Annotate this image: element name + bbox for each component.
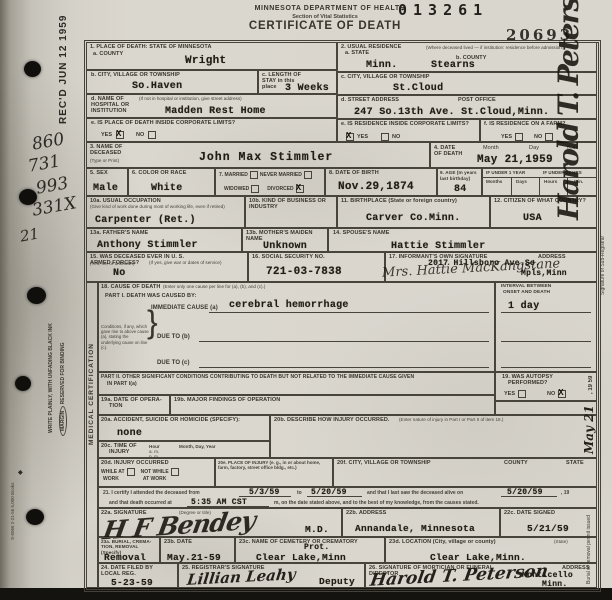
label: PART I. DEATH WAS CAUSED BY:	[105, 293, 196, 299]
field-certify-statement: 21. I certify I attended the deceased fr…	[98, 487, 597, 508]
field-registrar-signature: 25. REGISTRAR'S SIGNATURE Lillian Leahy …	[178, 563, 365, 588]
certify-text: and that I last saw the deceased alive o…	[367, 491, 463, 496]
label: 9. AGE (In years last birthday)	[440, 170, 480, 182]
checkbox-no	[381, 133, 389, 141]
label: 23b. DATE	[164, 539, 192, 545]
label: DUE TO (c)	[157, 360, 190, 366]
form-code: S-6066 2-21-56 5,000 Books	[10, 450, 15, 540]
write-line	[307, 496, 362, 497]
punch-hole	[15, 376, 31, 391]
field-color-or-race: 6. COLOR OR RACE White	[128, 168, 215, 196]
yes-label: YES	[501, 134, 512, 140]
field-date-of-operation: 19a. DATE OF OPERA- TION	[98, 395, 170, 415]
label: IN PART I(a)	[107, 381, 137, 387]
margin-word-circled: MARGIN	[59, 406, 67, 436]
field-ssn: 16. SOCIAL SECURITY NO. 721-03-7838	[248, 252, 385, 282]
field-cause-of-death: 18. CAUSE OF DEATH (Enter only one cause…	[98, 282, 495, 372]
label: 20f. CITY, VILLAGE OR TOWNSHIP	[337, 460, 431, 466]
value-date-filed: 5-23-59	[111, 577, 153, 588]
field-residence-corporate-limits: e. IS RESIDENCE INSIDE CORPORATE LIMITS?…	[337, 119, 480, 142]
label: TION	[109, 403, 123, 409]
permit-year-label: , 19 59	[588, 336, 594, 394]
value-street: 247 So.13th Ave. St.Cloud,Minn.	[354, 107, 549, 118]
field-sex: 5. SEX Male	[86, 168, 128, 196]
value-sex: Male	[93, 183, 118, 194]
divorced-label: DIVORCED	[267, 186, 293, 192]
field-time-of-injury: 20c. TIME OF INJURY Hour a. m. p. m. Mon…	[98, 441, 270, 458]
field-burial-type: 23a. BURIAL, CREMA- TION, REMOVAL (Speci…	[98, 537, 160, 563]
field-describe-injury: 20b. DESCRIBE HOW INJURY OCCURRED. (Ente…	[270, 415, 597, 458]
work-label: WORK	[103, 476, 119, 482]
value-residence-city: St.Cloud	[393, 83, 443, 94]
pencil-number-5: 21	[19, 224, 41, 245]
field-place-of-injury: 20e. PLACE OF INJURY (e. g., in or about…	[215, 458, 333, 487]
stamp-number: 013261	[398, 1, 488, 19]
write-line	[209, 312, 489, 313]
scanned-death-certificate: MINNESOTA DEPARTMENT OF HEALTH Section o…	[0, 0, 612, 600]
field-mortician-signature: 26. SIGNATURE OF MORTICIAN OR FUNERAL DI…	[365, 563, 597, 588]
pencil-number-2: 731	[27, 151, 62, 176]
field-death-corporate-limits: e. IS PLACE OF DEATH INSIDE CORPORATE LI…	[86, 118, 337, 142]
field-injury-at-work: 20d. INJURY OCCURRED WHILE AT NOT WHILE …	[98, 458, 215, 487]
value-county: Wright	[185, 56, 226, 67]
label: PERFORMED?	[508, 380, 548, 386]
brace: }	[147, 319, 158, 325]
label: 3. NAME OF DECEASED	[90, 144, 132, 156]
label-state: STATE	[566, 460, 584, 466]
no-label: NO	[392, 134, 400, 140]
value-stay: 3 Weeks	[285, 83, 329, 94]
field-armed-forces: 15. WAS DECEASED EVER IN U. S. ARMED FOR…	[86, 252, 248, 282]
label: POST OFFICE	[458, 97, 496, 103]
value-burial-type: Removal	[104, 552, 146, 563]
field-length-of-stay: c. LENGTH OF STAY in this place 3 Weeks	[258, 70, 337, 94]
value-father: Anthony Stimmler	[97, 240, 198, 251]
label: 22c. DATE SIGNED	[504, 510, 555, 516]
field-injury-city-county-state: 20f. CITY, VILLAGE OR TOWNSHIP COUNTY ST…	[333, 458, 597, 487]
punch-hole	[26, 509, 44, 525]
label: IMMEDIATE CAUSE (a)	[151, 305, 218, 311]
field-father-name: 13a. FATHER'S NAME Anthony Stimmler	[86, 228, 242, 252]
checkbox-autopsy-yes	[518, 390, 526, 398]
field-physician-address: 22b. ADDRESS Annandale, Minnesota	[342, 508, 500, 537]
value-mortician-city: Monticello	[522, 571, 573, 580]
label: PART II. OTHER SIGNIFICANT CONDITIONS CO…	[101, 374, 493, 380]
divider	[511, 177, 512, 196]
value-immediate-cause: cerebral hemorrhage	[229, 300, 349, 311]
label: 10b. KIND OF BUSINESS OR INDUSTRY	[249, 198, 329, 210]
certify-text: and that death occurred at	[109, 501, 172, 506]
field-informant: 17. INFORMANT'S OWN SIGNATURE ADDRESS 20…	[385, 252, 597, 282]
yes-label: YES	[504, 391, 515, 397]
value-cemetery-type: Prot.	[304, 543, 330, 552]
value-citizen: USA	[523, 213, 542, 224]
label: a. STATE	[345, 50, 369, 56]
value-deputy: Deputy	[319, 576, 355, 587]
label: 18. CAUSE OF DEATH	[101, 284, 160, 290]
value-ssn: 721-03-7838	[266, 267, 342, 278]
binding-note-rest: RESERVED FOR BINDING	[60, 342, 66, 404]
certify-text: m, on the date stated above, and to the …	[274, 501, 479, 506]
medical-certification-label: MEDICAL CERTIFICATION	[89, 343, 95, 445]
value-mortician-state: Minn.	[542, 580, 568, 589]
value-date-of-death: May 21,1959	[477, 155, 553, 166]
value-death-city: So.Haven	[132, 81, 182, 92]
col-months: Months	[486, 179, 502, 184]
write-line	[501, 312, 591, 313]
sub-registrar-signature: Harold T. Peterson	[552, 2, 585, 220]
value-mother: Unknown	[263, 241, 307, 252]
label: 4. DATE OF DEATH	[434, 145, 464, 157]
punch-hole	[24, 61, 41, 77]
write-line	[501, 496, 557, 497]
label-note: (State)	[554, 539, 568, 544]
col-day: Day	[529, 145, 539, 151]
field-physician-signature: 22a. SIGNATURE (Degree or title) H F Ben…	[98, 508, 342, 537]
value-physician-address: Annandale, Minnesota	[355, 523, 475, 534]
label: 16. SOCIAL SECURITY NO.	[252, 254, 325, 260]
write-line	[239, 496, 291, 497]
certificate-paper: MINNESOTA DEPARTMENT OF HEALTH Section o…	[0, 0, 612, 588]
label: 22b. ADDRESS	[346, 510, 386, 516]
pencil-number-1: 860	[31, 129, 66, 154]
x-mark: X	[346, 132, 351, 141]
field-occupation: 10a. USUAL OCCUPATION (Give kind of work…	[86, 196, 245, 228]
field-burial-date: 23b. DATE May.21-59	[160, 537, 235, 563]
value-residence-state: Minn.	[366, 60, 398, 71]
write-line	[199, 341, 489, 342]
label: DUE TO (b)	[157, 334, 190, 340]
field-date-of-birth: 8. DATE OF BIRTH Nov.29,1874	[325, 168, 437, 196]
label-note: (Give kind of work done during most of w…	[90, 204, 240, 209]
label-county: COUNTY	[504, 460, 528, 466]
field-hospital: d. NAME OF HOSPITAL OR INSTITUTION (If n…	[86, 94, 337, 118]
at-work-label: AT WORK	[143, 476, 167, 482]
field-industry: 10b. KIND OF BUSINESS OR INDUSTRY	[245, 196, 337, 228]
permit-issued-label: Burial or removal permit issued	[586, 452, 592, 584]
checkbox-widowed	[251, 185, 259, 193]
label-note: (If yes, give war or dates of service)	[149, 260, 229, 265]
field-date-signed: 22c. DATE SIGNED 5/21/59	[500, 508, 597, 537]
no-label: NO	[534, 134, 542, 140]
conditions-note: Conditions, if any, which gave rise to a…	[101, 324, 149, 350]
label: INJURY	[109, 449, 130, 455]
write-line	[501, 341, 591, 342]
value-age: 84	[454, 184, 467, 195]
yes-label: YES	[101, 132, 112, 138]
label-note: (Yes, no, or unknown)	[90, 261, 145, 266]
checkbox-yes	[515, 133, 523, 141]
field-place-of-death-county: 1. PLACE OF DEATH: STATE OF MINNESOTA a.…	[86, 42, 337, 70]
checkbox-no	[148, 131, 156, 139]
married-label: 7. MARRIED	[219, 172, 248, 178]
value-residence-county: Stearns	[431, 60, 475, 71]
value-interval: 1 day	[508, 301, 540, 312]
label-note: (Enter only one cause per line for (a), …	[163, 284, 265, 289]
certify-text: 21. I certify I attended the deceased fr…	[103, 491, 200, 496]
label: 11. BIRTHPLACE (State or foreign country…	[341, 198, 486, 204]
value-date-of-birth: Nov.29,1874	[338, 182, 414, 193]
label: ONSET AND DEATH	[503, 290, 550, 296]
certify-text: , 19	[561, 491, 569, 496]
widowed-label: WIDOWED	[224, 186, 249, 192]
value-race: White	[151, 183, 183, 194]
checkbox-autopsy-no-checked: X	[558, 390, 566, 398]
x-mark: X	[558, 389, 563, 398]
write-plainly-note: WRITE PLAINLY, WITH UNFADING BLACK INK	[48, 283, 54, 433]
col-month-day-year: Month, Day, Year	[179, 444, 216, 449]
label: e. IS RESIDENCE INSIDE CORPORATE LIMITS?	[341, 121, 476, 127]
value-occupation: Carpenter (Ret.)	[95, 215, 196, 226]
checkbox-divorced-checked: X	[296, 185, 304, 193]
x-mark: X	[116, 130, 121, 139]
no-label: NO	[136, 132, 144, 138]
value-date-signed: 5/21/59	[527, 523, 569, 534]
received-date-stamp: REC'D JUN 12 1959	[58, 12, 69, 124]
value-deceased-name: John Max Stimmler	[199, 152, 333, 163]
field-interval: INTERVAL BETWEEN ONSET AND DEATH 1 day	[495, 282, 597, 372]
label: 23d. LOCATION (City, village or county)	[389, 539, 496, 545]
label: IF UNDER 1 YEAR	[486, 170, 525, 176]
field-burial-location: 23d. LOCATION (City, village or county) …	[385, 537, 597, 563]
field-death-city: b. CITY, VILLAGE OR TOWNSHIP So.Haven	[86, 70, 258, 94]
value-cemetery: Clear Lake,Minn	[256, 552, 346, 563]
label: a. COUNTY	[93, 51, 123, 57]
value-birthplace: Carver Co.Minn.	[366, 213, 461, 224]
binding-note: MARGIN RESERVED FOR BINDING	[60, 286, 66, 436]
checkbox-never-married	[304, 171, 312, 179]
checkbox-not-while-at-work	[171, 468, 179, 476]
value-accident: none	[117, 428, 142, 439]
value-armed-forces: No	[113, 268, 126, 279]
no-label: NO	[547, 391, 555, 397]
col-month: Month	[483, 145, 499, 151]
checkbox-while-at-work	[127, 468, 135, 476]
field-age: 9. AGE (In years last birthday) 84	[437, 168, 482, 196]
label: 20e. PLACE OF INJURY (e. g., in or about…	[218, 460, 328, 470]
label: 5. SEX	[90, 170, 108, 176]
label: 13a. FATHER'S NAME	[90, 230, 148, 236]
label: d. STREET ADDRESS	[341, 97, 399, 103]
col-days: Days	[516, 179, 527, 184]
value-spouse: Hattie Stimmler	[391, 241, 486, 252]
divider	[539, 177, 540, 196]
value-degree: M.D.	[305, 524, 329, 535]
label: 1. PLACE OF DEATH: STATE OF MINNESOTA	[90, 44, 212, 50]
label: 8. DATE OF BIRTH	[329, 170, 379, 176]
label: 20d. INJURY OCCURRED	[101, 460, 169, 466]
field-name-of-deceased: 3. NAME OF DECEASED (Type or Print) John…	[86, 142, 430, 168]
checkbox-yes-checked: X	[116, 131, 124, 139]
label: b. CITY, VILLAGE OR TOWNSHIP	[91, 72, 180, 78]
yes-label: YES	[357, 134, 368, 140]
label: 6. COLOR OR RACE	[132, 170, 186, 176]
label: c. CITY, VILLAGE OR TOWNSHIP	[341, 74, 430, 80]
field-birthplace: 11. BIRTHPLACE (State or foreign country…	[337, 196, 490, 228]
while-at-label: WHILE AT	[101, 469, 125, 475]
field-marital-status: 7. MARRIED NEVER MARRIED WIDOWED DIVORCE…	[215, 168, 325, 196]
label-note: (Type or Print)	[90, 158, 119, 163]
x-mark: X	[296, 184, 301, 193]
not-while-label: NOT WHILE	[141, 469, 169, 475]
checkbox-married	[250, 171, 258, 179]
label: 14. SPOUSE'S NAME	[333, 230, 390, 236]
field-findings-of-operation: 19b. MAJOR FINDINGS OF OPERATION	[170, 395, 495, 415]
sub-registrar-label: Signature of Sub-Registrar	[600, 200, 606, 295]
medical-certification-strip: MEDICAL CERTIFICATION	[86, 282, 98, 588]
certify-text: to	[297, 491, 302, 496]
certificate-title: CERTIFICATE OF DEATH	[225, 23, 425, 29]
label-note: (Enter nature of injury in Part I or Par…	[399, 417, 579, 422]
never-married-label: NEVER MARRIED	[260, 172, 302, 178]
value-burial-date: May.21-59	[167, 552, 221, 563]
field-spouse-name: 14. SPOUSE'S NAME Hattie Stimmler	[328, 228, 597, 252]
write-line	[199, 367, 489, 368]
permit-date-handwritten: May 21	[582, 392, 596, 454]
label: 20a. ACCIDENT, SUICIDE OR HOMICIDE (SPEC…	[101, 417, 263, 423]
checkbox-yes-checked: X	[346, 133, 354, 141]
punch-hole	[27, 287, 46, 304]
field-part2-conditions: PART II. OTHER SIGNIFICANT CONDITIONS CO…	[98, 372, 495, 395]
label: 20b. DESCRIBE HOW INJURY OCCURRED.	[274, 417, 390, 423]
write-line	[501, 367, 591, 368]
field-date-filed: 24. DATE FILED BY LOCAL REG. 5-23-59	[98, 563, 178, 588]
field-accident-suicide-homicide: 20a. ACCIDENT, SUICIDE OR HOMICIDE (SPEC…	[98, 415, 270, 441]
label: d. NAME OF HOSPITAL OR INSTITUTION	[91, 96, 135, 115]
label: 19b. MAJOR FINDINGS OF OPERATION	[174, 397, 280, 403]
label: e. IS PLACE OF DEATH INSIDE CORPORATE LI…	[91, 120, 235, 126]
field-cemetery: 23c. NAME OF CEMETERY OR CREMATORY Prot.…	[235, 537, 385, 563]
punch-hole	[19, 189, 37, 205]
field-mother-name: 13b. MOTHER'S MAIDEN NAME Unknown	[242, 228, 328, 252]
binder-diamond-mark: ◆	[18, 470, 23, 476]
value-burial-location: Clear Lake,Minn.	[430, 552, 526, 563]
label-note: (If not in hospital or institution, give…	[139, 96, 269, 101]
value-hospital: Madden Rest Home	[165, 106, 266, 117]
